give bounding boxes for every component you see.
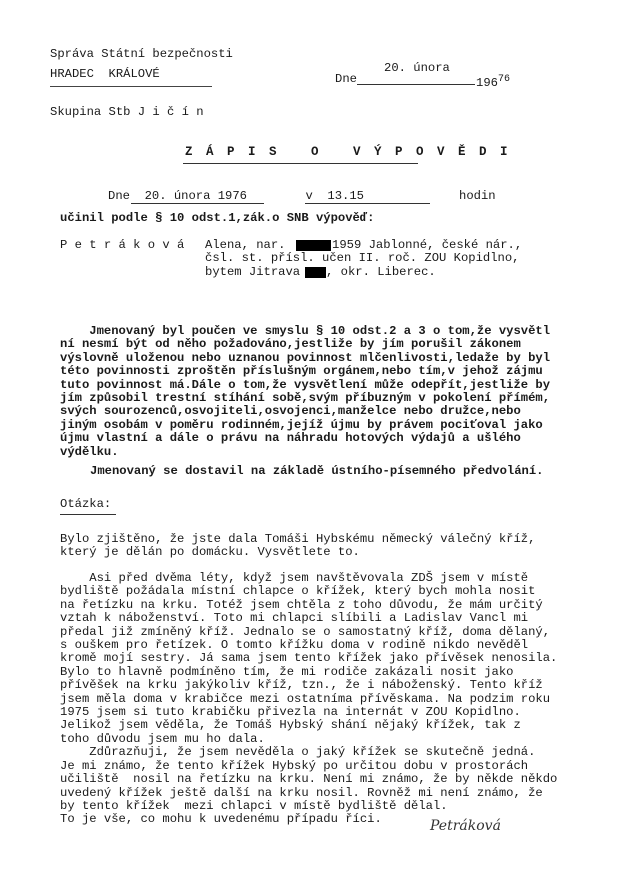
answer-text: Asi před dvěma léty, když jsem navštěvov…	[60, 572, 557, 827]
header-divider	[50, 86, 212, 87]
session-datetime: Dne 20. února 1976 v 13.15 hodin	[108, 190, 496, 203]
legal-instruction: Jmenovaný byl poučen ve smyslu § 10 odst…	[60, 325, 550, 459]
statement-basis: učinil podle § 10 odst.1,zák.o SNB výpov…	[60, 212, 375, 225]
redaction-birthdate	[296, 240, 331, 251]
org-location: HRADEC KRÁLOVÉ	[50, 68, 160, 81]
session-time-underline	[305, 203, 430, 204]
group-name: Skupina Stb J i č í n	[50, 106, 204, 119]
person-district: , okr. Liberec.	[326, 266, 436, 279]
date-value: 20. února	[384, 62, 450, 75]
redaction-address	[305, 267, 326, 278]
question-label: Otázka:	[60, 498, 111, 511]
question-text: Bylo zjištěno, že jste dala Tomáši Hybsk…	[60, 533, 535, 560]
person-status: čsl. st. přísl. učen II. roč. ZOU Kopidl…	[205, 252, 520, 265]
appearance-note: Jmenovaný se dostavil na základě ústního…	[90, 465, 543, 478]
date-underline	[357, 84, 475, 85]
person-address: bytem Jitrava	[205, 266, 300, 279]
question-label-underline	[60, 514, 116, 515]
person-block: P e t r á k o v á Alena, nar. 1959 Jablo…	[60, 239, 580, 284]
title-underline	[183, 163, 418, 164]
year-prefix: 196	[476, 76, 498, 90]
org-name: Správa Státní bezpečnosti	[50, 48, 233, 61]
date-label: Dne	[335, 73, 357, 86]
session-date-underline	[131, 203, 264, 204]
year: 19676	[476, 73, 510, 90]
person-name: P e t r á k o v á	[60, 239, 184, 252]
document-title: Z Á P I S O V Ý P O V Ě D I	[185, 146, 511, 159]
signature: Petráková	[430, 818, 501, 834]
year-correction: 76	[498, 74, 510, 85]
